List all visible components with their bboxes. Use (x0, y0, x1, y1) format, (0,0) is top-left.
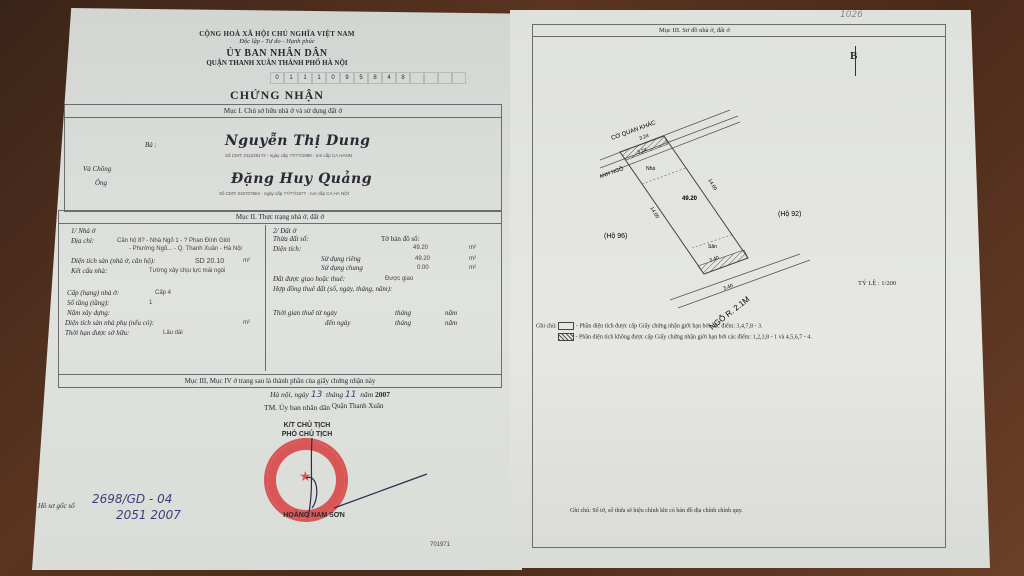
lease-from-year: năm (445, 309, 457, 317)
floor-area-label: Diện tích sàn (nhà ở, căn hộ): (71, 257, 155, 265)
serial-digit (438, 72, 452, 84)
certificate-front-page: CỘNG HOÀ XÃ HỘI CHỦ NGHĨA VIỆT NAM Độc l… (32, 8, 522, 570)
owner2-id: Số CMT: 010?0?804 - ngày cấp ??/??/1977 … (219, 191, 349, 196)
year-label: năm (360, 390, 373, 399)
on-behalf: TM. Ủy ban nhân dân Quận Thanh Xuân (264, 402, 384, 412)
lease-from-month: tháng (395, 309, 411, 317)
area-label: Diện tích: (273, 245, 301, 253)
owner1-name: Nguyễn Thị Dung (225, 133, 370, 149)
shared-use-value: 0.00 (417, 265, 429, 271)
floor-area-value: SD 20.10 (195, 258, 224, 265)
republic-title: CỘNG HOÀ XÃ HỘI CHỦ NGHĨA VIỆT NAM (32, 30, 522, 38)
file-number-line1: 2698/GD - 04 (92, 492, 172, 506)
owner2-name: Đặng Huy Quảng (231, 171, 372, 187)
section-1-title: Mục I. Chủ sở hữu nhà ở và sử dụng đất ở (65, 105, 501, 118)
lane-top-label: RANH NGÕ (600, 165, 625, 182)
serial-number: 0111095848 (270, 72, 466, 84)
serial-digit: 8 (396, 72, 410, 84)
address-label: Địa chỉ: (71, 237, 94, 245)
map-sheet-label: Tờ bản đồ số: (381, 235, 420, 243)
parcel-label: Thửa đất số: (273, 235, 309, 243)
legend-row-1: Ghi chú: - Phần diện tích được cấp Giấy … (536, 322, 812, 330)
legend-swatch-granted (558, 322, 574, 330)
land-form-label: Đất được giao hoặc thuê: (273, 275, 345, 283)
private-use-unit: m² (469, 256, 476, 262)
term-value: Lâu dài (163, 330, 183, 336)
legend-item-granted: - Phần diện tích được cấp Giấy chứng nhậ… (576, 323, 763, 329)
form-code: 701971 (430, 542, 450, 548)
bottom-width-outer: 3.40 (723, 283, 734, 292)
spouse-label: Và Chồng (83, 165, 111, 173)
section-2: Mục II. Thực trạng nhà ở, đất ở 1/ Nhà ở… (58, 210, 502, 388)
section-2-title: Mục II. Thực trạng nhà ở, đất ở (59, 211, 501, 224)
serial-digit: 8 (368, 72, 382, 84)
column-divider (265, 225, 266, 371)
serial-digit: 5 (354, 72, 368, 84)
serial-digit: 4 (382, 72, 396, 84)
address-value: Căn hộ 8? - Nhà Ngõ 1 - ? Phan Đình Giót (117, 238, 230, 244)
section-3-title: Mục III. Sơ đồ nhà ở, đất ở (533, 25, 945, 37)
private-use-value: 49.20 (415, 256, 430, 262)
month-label: tháng (326, 390, 343, 399)
year-label: Năm xây dựng: (67, 309, 110, 317)
signing-date: Hà nội, ngày 13 tháng 11 năm 2007 (270, 390, 390, 400)
certificate-back-page: 1026 Mục III. Sơ đồ nhà ở, đất ở B CƠ QU… (510, 10, 990, 568)
area-unit: m² (469, 245, 476, 251)
footer-note: Mục III, Mục IV ở trang sau là thành phầ… (59, 374, 501, 387)
serial-digit: 0 (270, 72, 284, 84)
north-arrow-label: B (850, 50, 857, 62)
floor-area-unit: m² (243, 258, 250, 264)
owner2-label: Ông (95, 179, 107, 187)
side-right: 14.60 (706, 178, 718, 192)
legend: Ghi chú: - Phần diện tích được cấp Giấy … (536, 322, 812, 341)
authority: ỦY BAN NHÂN DÂN (32, 48, 522, 59)
serial-digit: 1 (312, 72, 326, 84)
serial-digit: 0 (326, 72, 340, 84)
lease-to-month: tháng (395, 319, 411, 327)
street-top-label: CƠ QUAN KHÁC (610, 119, 657, 142)
motto: Độc lập - Tự do - Hạnh phúc (32, 38, 522, 45)
top-width: 3.24 (639, 133, 650, 142)
label-yard: Sân (708, 244, 717, 250)
file-number-line2: 2051 2007 (116, 508, 181, 522)
serial-digit: 9 (340, 72, 354, 84)
aux-area-label: Diện tích sàn nhà phụ (nếu có): (65, 319, 154, 327)
scale-label: TỶ LỆ : 1/200 (858, 280, 896, 287)
sign-day: 13 (311, 390, 322, 400)
floors-label: Số tầng (tầng): (67, 299, 109, 307)
legend-label: Ghi chú: (536, 323, 557, 329)
term-label: Thời hạn được sở hữu: (65, 329, 129, 337)
label-house: Nhà (646, 166, 655, 172)
shared-use-label: Sử dụng chung (321, 264, 363, 272)
lease-from-label: Thời gian thuê từ ngày (273, 309, 337, 317)
shared-use-unit: m² (469, 265, 476, 271)
back-footer-note: Ghi chú: Số tờ, số thửa sẽ hiệu chỉnh kh… (570, 508, 743, 514)
place-date-label: Hà nội, ngày (270, 390, 309, 399)
neighbor-right: (Hộ 92) (778, 211, 801, 218)
neighbor-left: (Hộ 96) (604, 233, 627, 240)
serial-digit: 1 (298, 72, 312, 84)
on-behalf-label: TM. Ủy ban nhân dân (264, 403, 330, 412)
lease-to-label: đến ngày (325, 319, 350, 327)
aux-area-unit: m² (243, 320, 250, 326)
owner1-label: Bà : (145, 141, 157, 149)
structure-value: Tường xây chịu lực mái ngói (149, 268, 225, 274)
grade-label: Cấp (hạng) nhà ở: (67, 289, 119, 297)
header-block: CỘNG HOÀ XÃ HỘI CHỦ NGHĨA VIỆT NAM Độc l… (32, 30, 522, 67)
floors-value: 1 (149, 300, 152, 306)
lease-to-year: năm (445, 319, 457, 327)
private-use-label: Sử dụng riêng (321, 255, 361, 263)
section-1: Mục I. Chủ sở hữu nhà ở và sử dụng đất ở… (64, 104, 502, 212)
file-number-label: Hồ sơ gốc số (38, 502, 75, 510)
sign-month: 11 (345, 390, 356, 400)
legend-row-2: - Phần diện tích không được cấp Giấy chứ… (536, 333, 812, 341)
site-plan: CƠ QUAN KHÁC RANH NGÕ 3.24 3.24 Nhà 49.2… (600, 110, 880, 330)
house-heading: 1/ Nhà ở (71, 227, 95, 235)
district: QUẬN THANH XUÂN THÀNH PHỐ HÀ NỘI (32, 59, 522, 67)
address-value-2: - Phường Ngõ... - Q. Thanh Xuân - Hà Nội (129, 246, 242, 252)
owner1-id: Số CMT: 0112291?2 - ngày cấp ??/??/1980 … (225, 153, 352, 158)
parcel-area: 49.20 (682, 196, 698, 202)
lease-contract-label: Hợp đồng thuê đất (số, ngày, tháng, năm)… (273, 285, 392, 293)
land-form-value: Được giao (385, 276, 413, 282)
serial-digit (410, 72, 424, 84)
serial-digit (424, 72, 438, 84)
corner-number: 1026 (840, 10, 863, 20)
area-value: 49.20 (413, 245, 428, 251)
north-arrow-icon: B (850, 50, 857, 62)
land-heading: 2/ Đất ở (273, 227, 296, 235)
sign-year: 2007 (375, 390, 390, 399)
district-name: Quận Thanh Xuân (332, 402, 384, 410)
signer-name: HOÀNG NAM SƠN (264, 512, 364, 519)
grade-value: Cấp 4 (155, 290, 171, 296)
serial-digit: 1 (284, 72, 298, 84)
structure-label: Kết cấu nhà: (71, 267, 107, 275)
certificate-title: CHỨNG NHẬN (32, 88, 522, 103)
legend-item-excluded: - Phần diện tích không được cấp Giấy chứ… (576, 334, 812, 340)
legend-swatch-excluded (558, 333, 574, 341)
serial-digit (452, 72, 466, 84)
